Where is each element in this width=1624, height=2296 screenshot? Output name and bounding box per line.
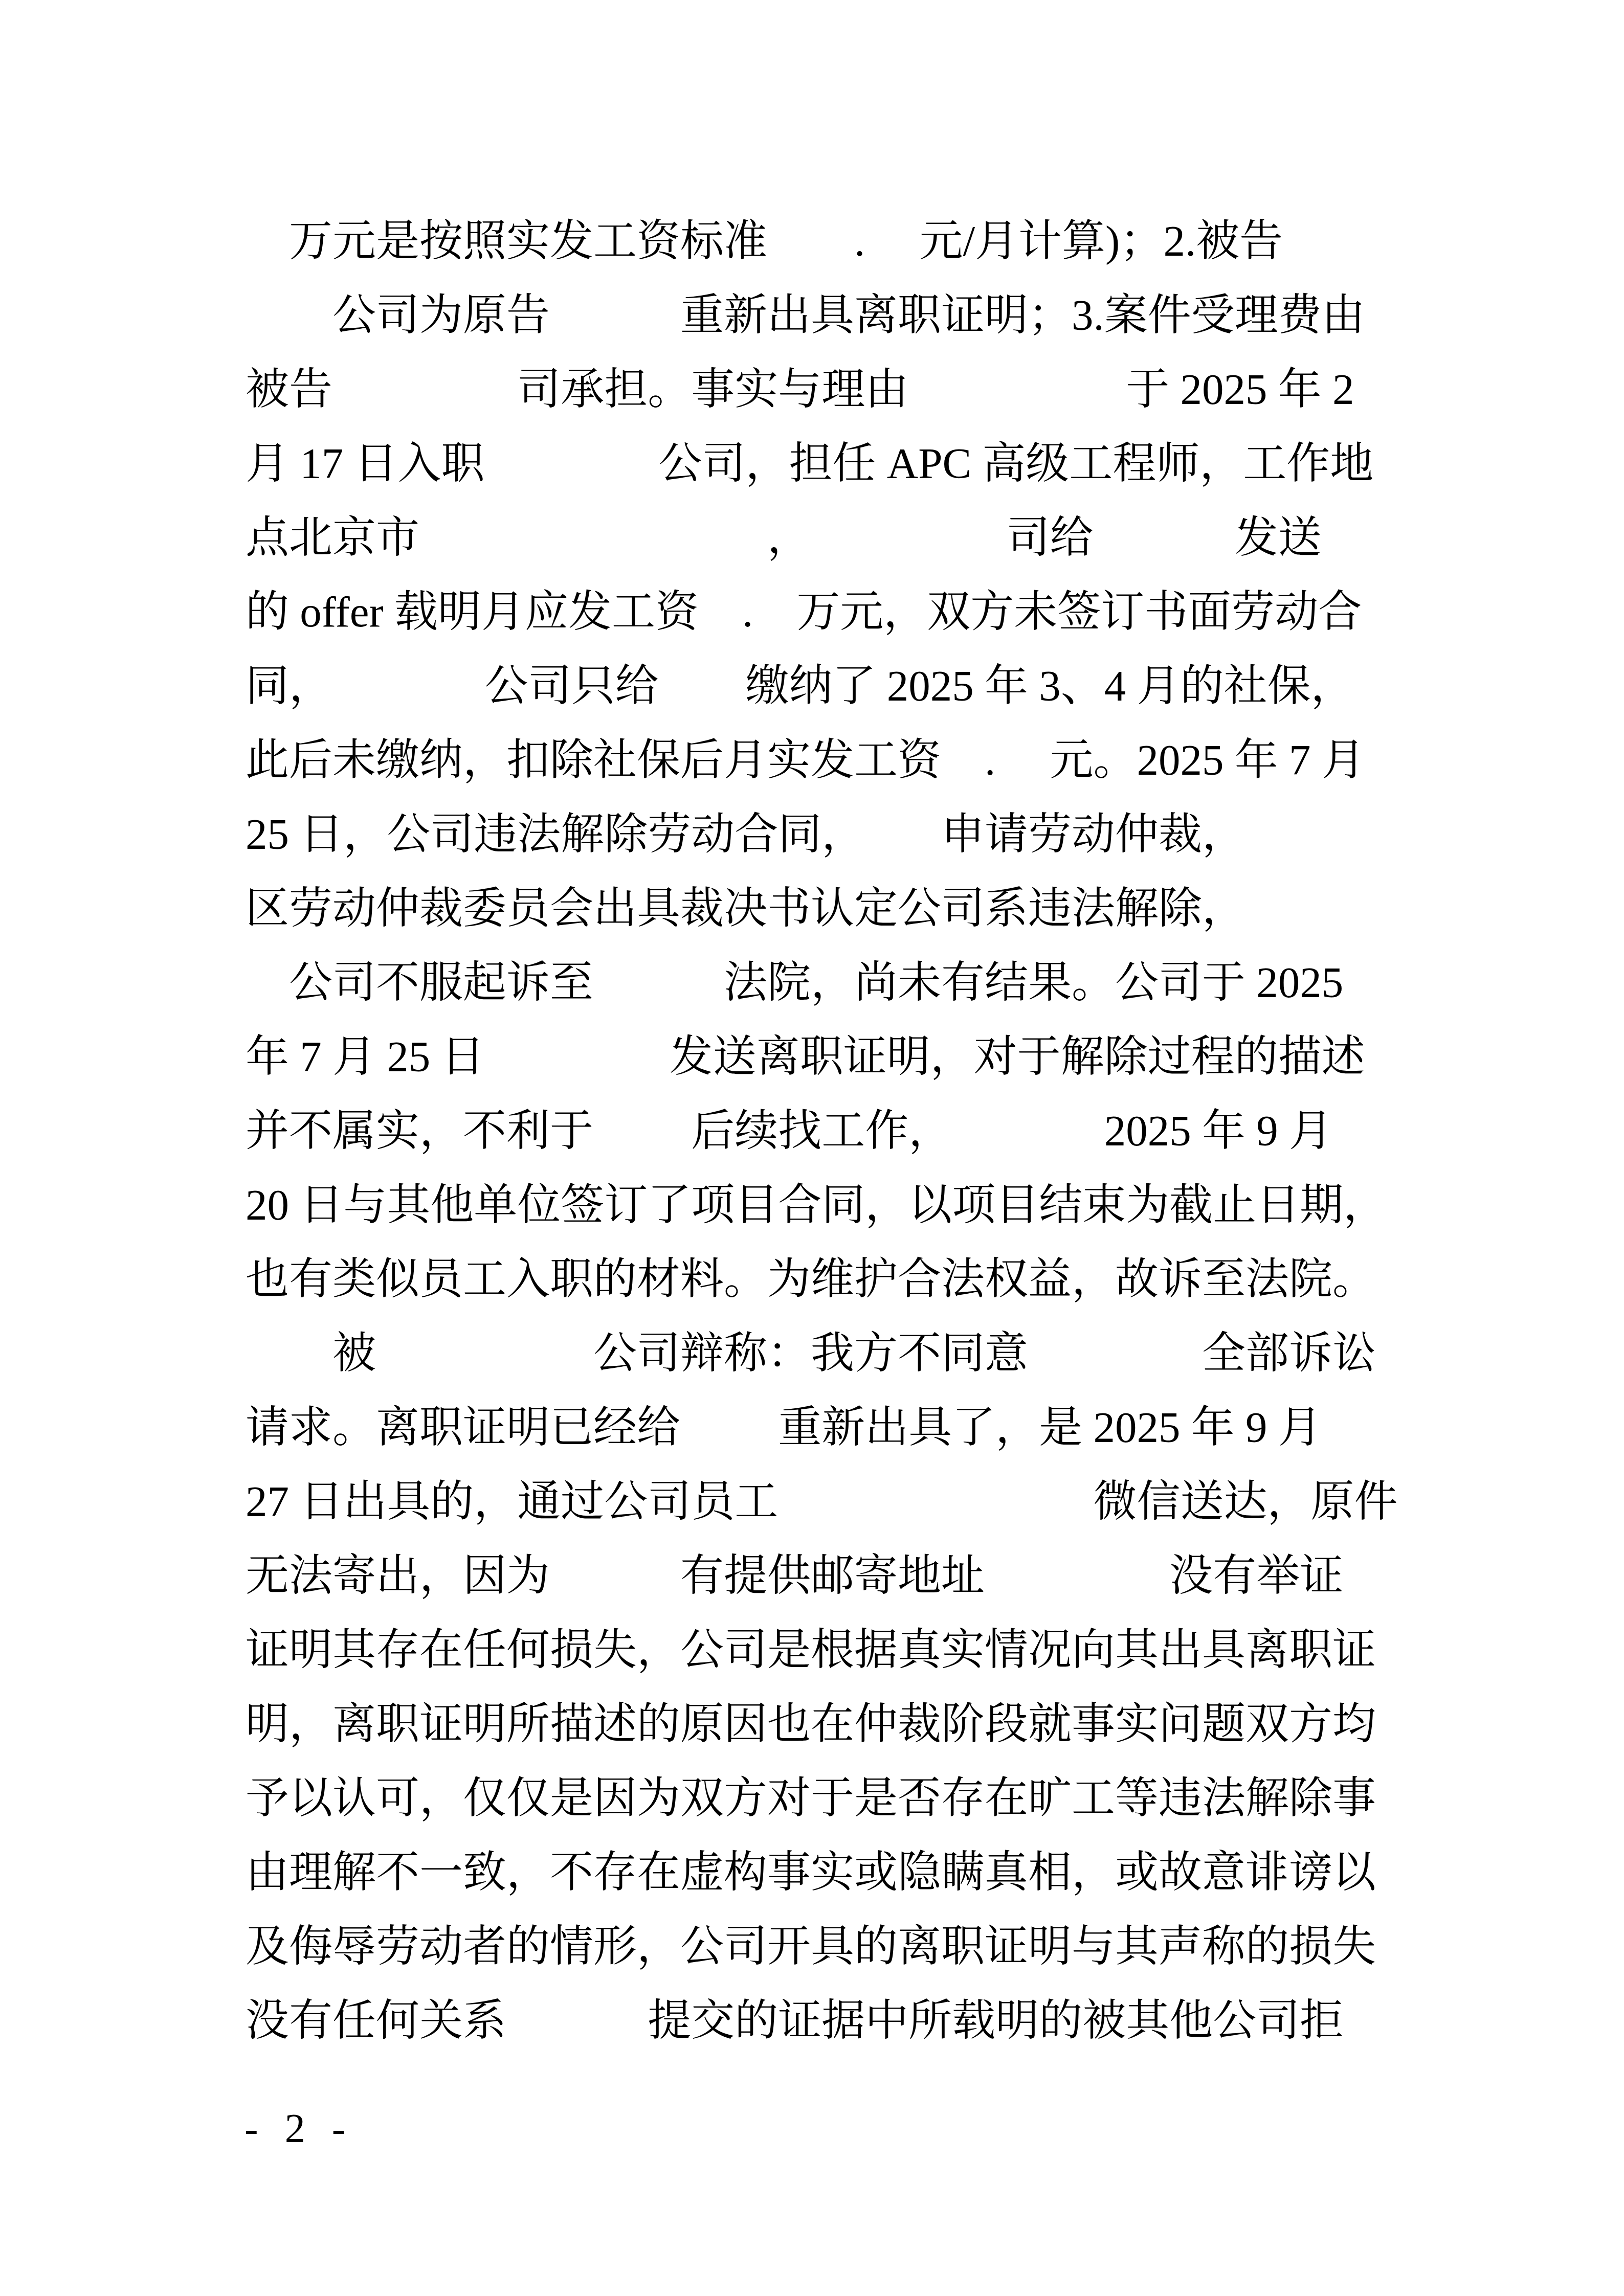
text-line: 被 公司辩称：我方不同意 全部诉讼 bbox=[246, 1317, 1432, 1391]
document-body: 万元是按照实发工资标准 . 元/月计算)；2.被告 公司为原告 重新出具离职证明… bbox=[246, 205, 1432, 2058]
text-line: 请求。离职证明已经给 重新出具了，是 2025 年 9 月 bbox=[246, 1391, 1432, 1465]
text-line: 也有类似员工入职的材料。为维护合法权益，故诉至法院。 bbox=[246, 1243, 1432, 1317]
text-line: 明，离职证明所描述的原因也在仲裁阶段就事实问题双方均 bbox=[246, 1687, 1432, 1762]
text-line: 27 日出具的，通过公司员工 微信送达，原件 bbox=[246, 1465, 1432, 1539]
text-line: 同， 公司只给 缴纳了 2025 年 3、4 月的社保， bbox=[246, 649, 1432, 724]
text-line: 证明其存在任何损失，公司是根据真实情况向其出具离职证 bbox=[246, 1613, 1432, 1687]
text-line: 及侮辱劳动者的情形，公司开具的离职证明与其声称的损失 bbox=[246, 1910, 1432, 1984]
text-line: 并不属实，不利于 后续找工作， 2025 年 9 月 bbox=[246, 1094, 1432, 1168]
text-line: 此后未缴纳，扣除社保后月实发工资 . 元。2025 年 7 月 bbox=[246, 724, 1432, 798]
text-line: 月 17 日入职 公司，担任 APC 高级工程师，工作地 bbox=[246, 427, 1432, 501]
text-line: 年 7 月 25 日 发送离职证明，对于解除过程的描述 bbox=[246, 1020, 1432, 1094]
text-line: 没有任何关系 提交的证据中所载明的被其他公司拒 bbox=[246, 1984, 1432, 2058]
text-line: 无法寄出，因为 有提供邮寄地址 没有举证 bbox=[246, 1539, 1432, 1613]
text-line: 区劳动仲裁委员会出具裁决书认定公司系违法解除， bbox=[246, 872, 1432, 946]
text-line: 的 offer 载明月应发工资 . 万元，双方未签订书面劳动合 bbox=[246, 575, 1432, 649]
page-number: - 2 - bbox=[244, 2106, 353, 2152]
text-line: 20 日与其他单位签订了项目合同，以项目结束为截止日期， bbox=[246, 1168, 1432, 1243]
document-page: 万元是按照实发工资标准 . 元/月计算)；2.被告 公司为原告 重新出具离职证明… bbox=[0, 0, 1624, 2296]
text-line: 公司为原告 重新出具离职证明；3.案件受理费由 bbox=[246, 279, 1432, 353]
text-line: 万元是按照实发工资标准 . 元/月计算)；2.被告 bbox=[246, 205, 1432, 279]
text-line: 25 日，公司违法解除劳动合同， 申请劳动仲裁， bbox=[246, 798, 1432, 872]
text-line: 予以认可，仅仅是因为双方对于是否存在旷工等违法解除事 bbox=[246, 1762, 1432, 1836]
text-line: 被告 司承担。事实与理由 于 2025 年 2 bbox=[246, 353, 1432, 427]
text-line: 由理解不一致，不存在虚构事实或隐瞒真相，或故意诽谤以 bbox=[246, 1836, 1432, 1910]
text-line: 公司不服起诉至 法院，尚未有结果。公司于 2025 bbox=[246, 946, 1432, 1020]
text-line: 点北京市 ， 司给 发送 bbox=[246, 501, 1432, 575]
